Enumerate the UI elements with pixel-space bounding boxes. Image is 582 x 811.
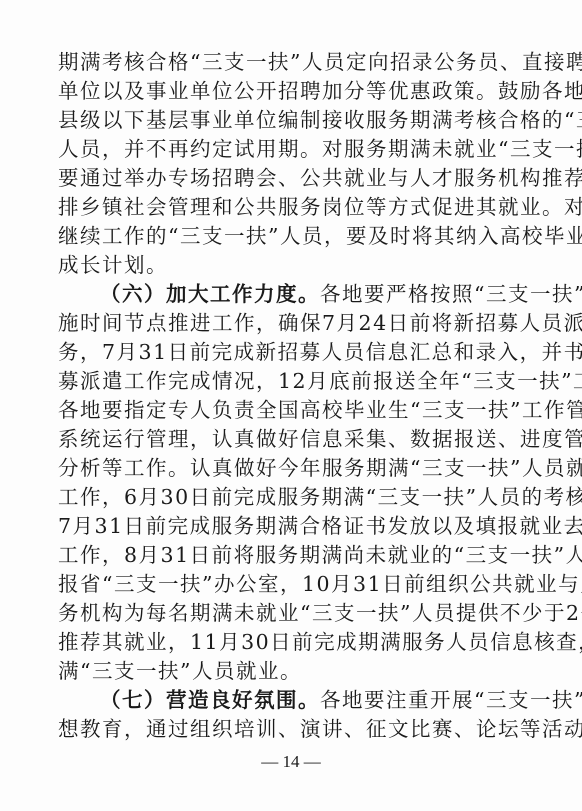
- section-6-paragraph: （六）加大工作力度。各地要严格按照“三支一扶”计划实 施时间节点推进工作，确保7…: [58, 280, 512, 686]
- section-7-first-line: （七）营造良好氛围。各地要注重开展“三支一扶”人员思: [58, 686, 512, 715]
- text-line: 务机构为每名期满未就业“三支一扶”人员提供不少于2个岗位: [58, 599, 512, 628]
- text-line: 县级以下基层事业单位编制接收服务期满考核合格的“三支一扶”: [58, 106, 512, 135]
- section-7-heading: （七）营造良好氛围。: [100, 688, 320, 712]
- text-line: 继续工作的“三支一扶”人员，要及时将其纳入高校毕业生基层: [58, 222, 512, 251]
- section-7-paragraph: （七）营造良好氛围。各地要注重开展“三支一扶”人员思 想教育，通过组织培训、演讲…: [58, 686, 512, 744]
- text-line: 人员，并不再约定试用期。对服务期满未就业“三支一扶”人员，: [58, 135, 512, 164]
- text-line: 务，7月31日前完成新招募人员信息汇总和录入，并书面报送招: [58, 338, 512, 367]
- text-line: 各地要指定专人负责全国高校毕业生“三支一扶”工作管理信息: [58, 396, 512, 425]
- text-line: 报省“三支一扶”办公室，10月31日前组织公共就业与人才服: [58, 570, 512, 599]
- text-line: 施时间节点推进工作，确保7月24日前将新招募人员派遣到岗服: [58, 309, 512, 338]
- text-line: 工作，6月30日前完成服务期满“三支一扶”人员的考核工作，: [58, 483, 512, 512]
- text-line: 7月31日前完成服务期满合格证书发放以及填报就业去向信息等: [58, 512, 512, 541]
- page-number: — 14 —: [0, 752, 582, 772]
- text-line: 期满考核合格“三支一扶”人员定向招录公务员、直接聘用事业: [58, 48, 512, 77]
- text-line: 推荐其就业，11月30日前完成期满服务人员信息核查，确保期: [58, 628, 512, 657]
- text-line: 要通过举办专场招聘会、公共就业与人才服务机构推荐、优先安: [58, 164, 512, 193]
- text-line: 满“三支一扶”人员就业。: [58, 657, 512, 686]
- text-line: 募派遣工作完成情况，12月底前报送全年“三支一扶”工作总结。: [58, 367, 512, 396]
- text-line: 排乡镇社会管理和公共服务岗位等方式促进其就业。对留在基层: [58, 193, 512, 222]
- text-line: 工作，8月31日前将服务期满尚未就业的“三支一扶”人员名单: [58, 541, 512, 570]
- text-line: 成长计划。: [58, 251, 512, 280]
- text-line: 系统运行管理，认真做好信息采集、数据报送、进度管理、统计: [58, 425, 512, 454]
- text-run: 各地要严格按照“三支一扶”计划实: [320, 282, 582, 306]
- text-run: 各地要注重开展“三支一扶”人员思: [320, 688, 582, 712]
- text-line: 想教育，通过组织培训、演讲、征文比赛、论坛等活动，大力弘: [58, 715, 512, 744]
- document-body: 期满考核合格“三支一扶”人员定向招录公务员、直接聘用事业 单位以及事业单位公开招…: [58, 48, 512, 744]
- section-6-heading: （六）加大工作力度。: [100, 282, 320, 306]
- section-6-first-line: （六）加大工作力度。各地要严格按照“三支一扶”计划实: [58, 280, 512, 309]
- paragraph-continued: 期满考核合格“三支一扶”人员定向招录公务员、直接聘用事业 单位以及事业单位公开招…: [58, 48, 512, 280]
- document-page: 期满考核合格“三支一扶”人员定向招录公务员、直接聘用事业 单位以及事业单位公开招…: [0, 0, 582, 811]
- text-line: 单位以及事业单位公开招聘加分等优惠政策。鼓励各地统筹利用: [58, 77, 512, 106]
- text-line: 分析等工作。认真做好今年服务期满“三支一扶”人员就业服务: [58, 454, 512, 483]
